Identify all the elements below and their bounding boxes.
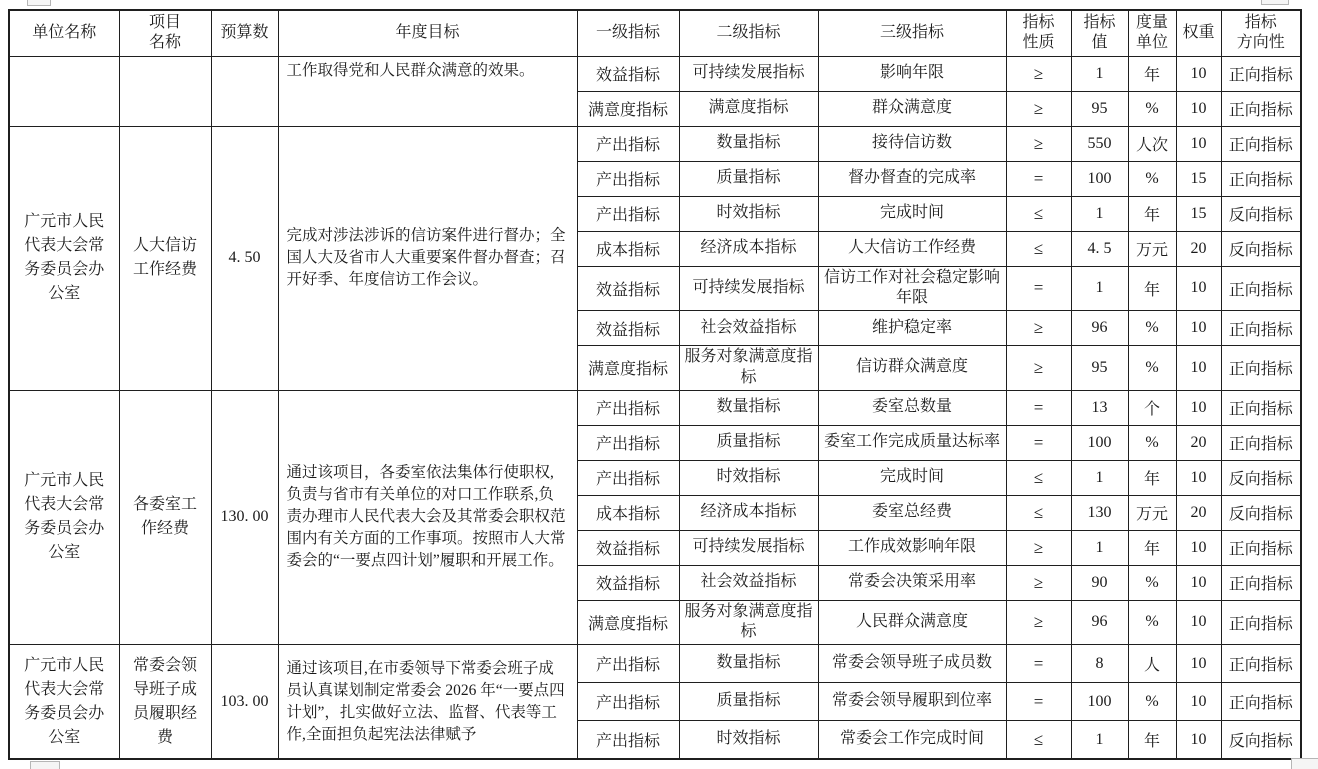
level3-indicator-cell: 群众满意度 [818, 91, 1006, 126]
project-name-cell: 各委室工作经费 [119, 390, 211, 645]
indicator-value-cell: 100 [1071, 425, 1128, 460]
indicator-row: 工作取得党和人民群众满意的效果。效益指标可持续发展指标影响年限≥1年10正向指标 [9, 56, 1301, 91]
budget-cell [211, 56, 278, 126]
indicator-direction-cell: 正向指标 [1221, 565, 1301, 600]
weight-cell: 10 [1176, 91, 1221, 126]
indicator-value-cell: 1 [1071, 460, 1128, 495]
indicator-direction-cell: 正向指标 [1221, 126, 1301, 161]
unit-name-cell: 广元市人民代表大会常务委员会办公室 [9, 126, 119, 390]
level2-indicator-cell: 社会效益指标 [679, 565, 818, 600]
indicator-direction-cell: 正向指标 [1221, 645, 1301, 683]
level3-indicator-cell: 常委会工作完成时间 [818, 721, 1006, 759]
level2-indicator-cell: 数量指标 [679, 390, 818, 425]
indicator-nature-cell: ≤ [1006, 460, 1071, 495]
level2-indicator-cell: 可持续发展指标 [679, 266, 818, 311]
weight-cell: 10 [1176, 126, 1221, 161]
indicator-value-cell: 90 [1071, 565, 1128, 600]
unit-name-cell: 广元市人民代表大会常务委员会办公室 [9, 645, 119, 759]
level3-indicator-cell: 人民群众满意度 [818, 600, 1006, 645]
performance-indicator-table: 单位名称 项目 名称 预算数 年度目标 一级指标 二级指标 三级指标 指标 性质… [8, 9, 1302, 760]
measure-unit-cell: % [1128, 91, 1176, 126]
table-body: 工作取得党和人民群众满意的效果。效益指标可持续发展指标影响年限≥1年10正向指标… [9, 56, 1301, 759]
indicator-value-cell: 8 [1071, 645, 1128, 683]
indicator-nature-cell: = [1006, 266, 1071, 311]
level2-indicator-cell: 可持续发展指标 [679, 56, 818, 91]
level3-indicator-cell: 常委会决策采用率 [818, 565, 1006, 600]
weight-cell: 10 [1176, 56, 1221, 91]
indicator-direction-cell: 反向指标 [1221, 495, 1301, 530]
weight-cell: 10 [1176, 721, 1221, 759]
weight-cell: 10 [1176, 600, 1221, 645]
indicator-nature-cell: ≤ [1006, 231, 1071, 266]
header-indicator-nature: 指标 性质 [1006, 10, 1071, 56]
level3-indicator-cell: 常委会领导班子成员数 [818, 645, 1006, 683]
level3-indicator-cell: 影响年限 [818, 56, 1006, 91]
measure-unit-cell: % [1128, 311, 1176, 346]
level2-indicator-cell: 质量指标 [679, 683, 818, 721]
header-measure-unit: 度量 单位 [1128, 10, 1176, 56]
measure-unit-cell: % [1128, 565, 1176, 600]
level3-indicator-cell: 委室总数量 [818, 390, 1006, 425]
level3-indicator-cell: 完成时间 [818, 460, 1006, 495]
weight-cell: 10 [1176, 390, 1221, 425]
budget-cell: 103. 00 [211, 645, 278, 759]
indicator-direction-cell: 反向指标 [1221, 231, 1301, 266]
level3-indicator-cell: 委室工作完成质量达标率 [818, 425, 1006, 460]
indicator-direction-cell: 正向指标 [1221, 425, 1301, 460]
indicator-value-cell: 96 [1071, 600, 1128, 645]
indicator-nature-cell: = [1006, 683, 1071, 721]
measure-unit-cell: % [1128, 425, 1176, 460]
annual-goal-cell: 通过该项目,在市委领导下常委会班子成员认真谋划制定常委会 2026 年“一要点四… [278, 645, 577, 759]
table-header-row: 单位名称 项目 名称 预算数 年度目标 一级指标 二级指标 三级指标 指标 性质… [9, 10, 1301, 56]
weight-cell: 10 [1176, 311, 1221, 346]
measure-unit-cell: 年 [1128, 266, 1176, 311]
measure-unit-cell: 年 [1128, 460, 1176, 495]
indicator-direction-cell: 正向指标 [1221, 266, 1301, 311]
level2-indicator-cell: 数量指标 [679, 126, 818, 161]
header-indicator-value: 指标 值 [1071, 10, 1128, 56]
indicator-nature-cell: ≥ [1006, 91, 1071, 126]
indicator-value-cell: 96 [1071, 311, 1128, 346]
level1-indicator-cell: 产出指标 [577, 161, 679, 196]
level3-indicator-cell: 委室总经费 [818, 495, 1006, 530]
indicator-nature-cell: ≥ [1006, 311, 1071, 346]
indicator-nature-cell: = [1006, 645, 1071, 683]
indicator-row: 广元市人民代表大会常务委员会办公室各委室工作经费130. 00通过该项目，各委室… [9, 390, 1301, 425]
header-annual-goal: 年度目标 [278, 10, 577, 56]
weight-cell: 20 [1176, 495, 1221, 530]
header-level3-indicator: 三级指标 [818, 10, 1006, 56]
measure-unit-cell: 万元 [1128, 495, 1176, 530]
level1-indicator-cell: 产出指标 [577, 196, 679, 231]
level1-indicator-cell: 产出指标 [577, 683, 679, 721]
header-level1-indicator: 一级指标 [577, 10, 679, 56]
indicator-nature-cell: ≥ [1006, 530, 1071, 565]
project-name-cell: 常委会领导班子成员履职经费 [119, 645, 211, 759]
level1-indicator-cell: 效益指标 [577, 530, 679, 565]
indicator-value-cell: 100 [1071, 161, 1128, 196]
indicator-value-cell: 550 [1071, 126, 1128, 161]
level1-indicator-cell: 产出指标 [577, 390, 679, 425]
indicator-direction-cell: 正向指标 [1221, 530, 1301, 565]
indicator-value-cell: 1 [1071, 530, 1128, 565]
level2-indicator-cell: 经济成本指标 [679, 231, 818, 266]
document-page: { "table": { "columns": [ "单位名称", "项目\n名… [0, 0, 1318, 769]
project-name-cell [119, 56, 211, 126]
annual-goal-cell: 工作取得党和人民群众满意的效果。 [278, 56, 577, 126]
indicator-direction-cell: 正向指标 [1221, 346, 1301, 391]
indicator-direction-cell: 正向指标 [1221, 311, 1301, 346]
weight-cell: 10 [1176, 266, 1221, 311]
level2-indicator-cell: 时效指标 [679, 196, 818, 231]
level3-indicator-cell: 人大信访工作经费 [818, 231, 1006, 266]
indicator-value-cell: 1 [1071, 196, 1128, 231]
indicator-direction-cell: 正向指标 [1221, 56, 1301, 91]
level2-indicator-cell: 时效指标 [679, 721, 818, 759]
level1-indicator-cell: 产出指标 [577, 425, 679, 460]
indicator-value-cell: 13 [1071, 390, 1128, 425]
indicator-nature-cell: = [1006, 425, 1071, 460]
indicator-direction-cell: 正向指标 [1221, 390, 1301, 425]
level2-indicator-cell: 经济成本指标 [679, 495, 818, 530]
header-indicator-direction: 指标 方向性 [1221, 10, 1301, 56]
level1-indicator-cell: 效益指标 [577, 311, 679, 346]
indicator-value-cell: 4. 5 [1071, 231, 1128, 266]
indicator-direction-cell: 正向指标 [1221, 600, 1301, 645]
indicator-direction-cell: 反向指标 [1221, 721, 1301, 759]
level2-indicator-cell: 质量指标 [679, 425, 818, 460]
weight-cell: 15 [1176, 196, 1221, 231]
measure-unit-cell: 年 [1128, 196, 1176, 231]
indicator-value-cell: 95 [1071, 346, 1128, 391]
indicator-direction-cell: 正向指标 [1221, 683, 1301, 721]
weight-cell: 10 [1176, 683, 1221, 721]
measure-unit-cell: 人次 [1128, 126, 1176, 161]
indicator-nature-cell: ≤ [1006, 196, 1071, 231]
level1-indicator-cell: 效益指标 [577, 56, 679, 91]
level2-indicator-cell: 社会效益指标 [679, 311, 818, 346]
level2-indicator-cell: 服务对象满意度指标 [679, 346, 818, 391]
indicator-direction-cell: 反向指标 [1221, 196, 1301, 231]
indicator-direction-cell: 正向指标 [1221, 161, 1301, 196]
annual-goal-cell: 通过该项目，各委室依法集体行使职权,负责与省市有关单位的对口工作联系,负责办理市… [278, 390, 577, 645]
measure-unit-cell: 年 [1128, 530, 1176, 565]
page-edge-artifact-top-left [27, 0, 51, 6]
budget-cell: 130. 00 [211, 390, 278, 645]
measure-unit-cell: 年 [1128, 56, 1176, 91]
weight-cell: 10 [1176, 530, 1221, 565]
indicator-nature-cell: = [1006, 390, 1071, 425]
level1-indicator-cell: 效益指标 [577, 565, 679, 600]
header-unit-name: 单位名称 [9, 10, 119, 56]
indicator-value-cell: 1 [1071, 266, 1128, 311]
project-name-cell: 人大信访工作经费 [119, 126, 211, 390]
level2-indicator-cell: 可持续发展指标 [679, 530, 818, 565]
level1-indicator-cell: 产出指标 [577, 126, 679, 161]
page-edge-artifact-top-right [1261, 0, 1289, 5]
indicator-value-cell: 1 [1071, 721, 1128, 759]
weight-cell: 10 [1176, 565, 1221, 600]
weight-cell: 15 [1176, 161, 1221, 196]
indicator-nature-cell: ≥ [1006, 126, 1071, 161]
page-edge-artifact-bottom-right [1291, 758, 1318, 769]
page-edge-artifact-bottom-left [30, 761, 60, 769]
level3-indicator-cell: 接待信访数 [818, 126, 1006, 161]
header-weight: 权重 [1176, 10, 1221, 56]
level1-indicator-cell: 满意度指标 [577, 91, 679, 126]
level3-indicator-cell: 常委会领导履职到位率 [818, 683, 1006, 721]
annual-goal-cell: 完成对涉法涉诉的信访案件进行督办；全国人大及省市人大重要案件督办督查；召开好季、… [278, 126, 577, 390]
level3-indicator-cell: 完成时间 [818, 196, 1006, 231]
level2-indicator-cell: 时效指标 [679, 460, 818, 495]
level2-indicator-cell: 服务对象满意度指标 [679, 600, 818, 645]
level1-indicator-cell: 产出指标 [577, 645, 679, 683]
weight-cell: 10 [1176, 645, 1221, 683]
weight-cell: 20 [1176, 231, 1221, 266]
level1-indicator-cell: 产出指标 [577, 460, 679, 495]
header-budget: 预算数 [211, 10, 278, 56]
measure-unit-cell: 年 [1128, 721, 1176, 759]
level3-indicator-cell: 维护稳定率 [818, 311, 1006, 346]
level2-indicator-cell: 满意度指标 [679, 91, 818, 126]
level3-indicator-cell: 信访工作对社会稳定影响年限 [818, 266, 1006, 311]
measure-unit-cell: % [1128, 600, 1176, 645]
indicator-value-cell: 1 [1071, 56, 1128, 91]
measure-unit-cell: % [1128, 346, 1176, 391]
weight-cell: 10 [1176, 346, 1221, 391]
measure-unit-cell: 万元 [1128, 231, 1176, 266]
indicator-row: 广元市人民代表大会常务委员会办公室人大信访工作经费4. 50完成对涉法涉诉的信访… [9, 126, 1301, 161]
level3-indicator-cell: 信访群众满意度 [818, 346, 1006, 391]
level1-indicator-cell: 成本指标 [577, 231, 679, 266]
weight-cell: 10 [1176, 460, 1221, 495]
level1-indicator-cell: 产出指标 [577, 721, 679, 759]
indicator-direction-cell: 反向指标 [1221, 460, 1301, 495]
indicator-nature-cell: ≥ [1006, 346, 1071, 391]
indicator-direction-cell: 正向指标 [1221, 91, 1301, 126]
header-project-name: 项目 名称 [119, 10, 211, 56]
indicator-value-cell: 100 [1071, 683, 1128, 721]
level1-indicator-cell: 满意度指标 [577, 600, 679, 645]
unit-name-cell: 广元市人民代表大会常务委员会办公室 [9, 390, 119, 645]
indicator-nature-cell: ≥ [1006, 565, 1071, 600]
measure-unit-cell: 个 [1128, 390, 1176, 425]
level1-indicator-cell: 效益指标 [577, 266, 679, 311]
indicator-nature-cell: = [1006, 161, 1071, 196]
level2-indicator-cell: 数量指标 [679, 645, 818, 683]
indicator-value-cell: 95 [1071, 91, 1128, 126]
level1-indicator-cell: 满意度指标 [577, 346, 679, 391]
indicator-row: 广元市人民代表大会常务委员会办公室常委会领导班子成员履职经费103. 00通过该… [9, 645, 1301, 683]
indicator-nature-cell: ≤ [1006, 495, 1071, 530]
indicator-nature-cell: ≥ [1006, 56, 1071, 91]
level1-indicator-cell: 成本指标 [577, 495, 679, 530]
indicator-value-cell: 130 [1071, 495, 1128, 530]
level3-indicator-cell: 督办督查的完成率 [818, 161, 1006, 196]
level2-indicator-cell: 质量指标 [679, 161, 818, 196]
measure-unit-cell: % [1128, 683, 1176, 721]
measure-unit-cell: 人 [1128, 645, 1176, 683]
unit-name-cell [9, 56, 119, 126]
measure-unit-cell: % [1128, 161, 1176, 196]
indicator-nature-cell: ≤ [1006, 721, 1071, 759]
indicator-nature-cell: ≥ [1006, 600, 1071, 645]
budget-cell: 4. 50 [211, 126, 278, 390]
weight-cell: 20 [1176, 425, 1221, 460]
header-level2-indicator: 二级指标 [679, 10, 818, 56]
level3-indicator-cell: 工作成效影响年限 [818, 530, 1006, 565]
